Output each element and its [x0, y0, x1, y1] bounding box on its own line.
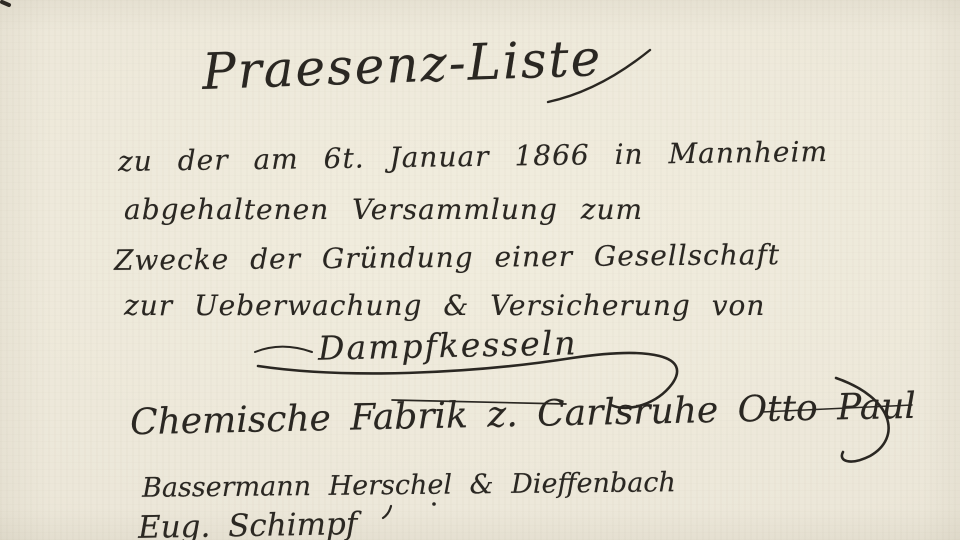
document-line-purpose: zur Ueberwachung & Versicherung von: [124, 289, 765, 322]
signature2-dot: [432, 502, 436, 506]
document-line-assembly: abgehaltenen Versammlung zum: [124, 193, 643, 226]
signature-line-bassermann: Bassermann Herschel & Dieffenbach: [142, 467, 676, 504]
document-line-founding: Zwecke der Gründung einer Gesellschaft: [114, 238, 780, 277]
signature-line-chemische-fabrik: Chemische Fabrik z. Carlsruhe Otto Paul: [130, 386, 917, 443]
document-page: Praesenz-Liste zu der am 6t. Januar 1866…: [0, 0, 960, 540]
document-title: Praesenz-Liste: [201, 29, 603, 101]
dampfkesseln-leadin: [255, 347, 312, 352]
signature2-comma: [383, 506, 391, 518]
document-line-dampfkesseln: Dampfkesseln: [318, 323, 578, 367]
signature-line-partial: Eug. Schimpf: [138, 506, 358, 540]
corner-ink-speck: [2, 2, 9, 5]
document-line-date: zu der am 6t. Januar 1866 in Mannheim: [118, 135, 828, 178]
